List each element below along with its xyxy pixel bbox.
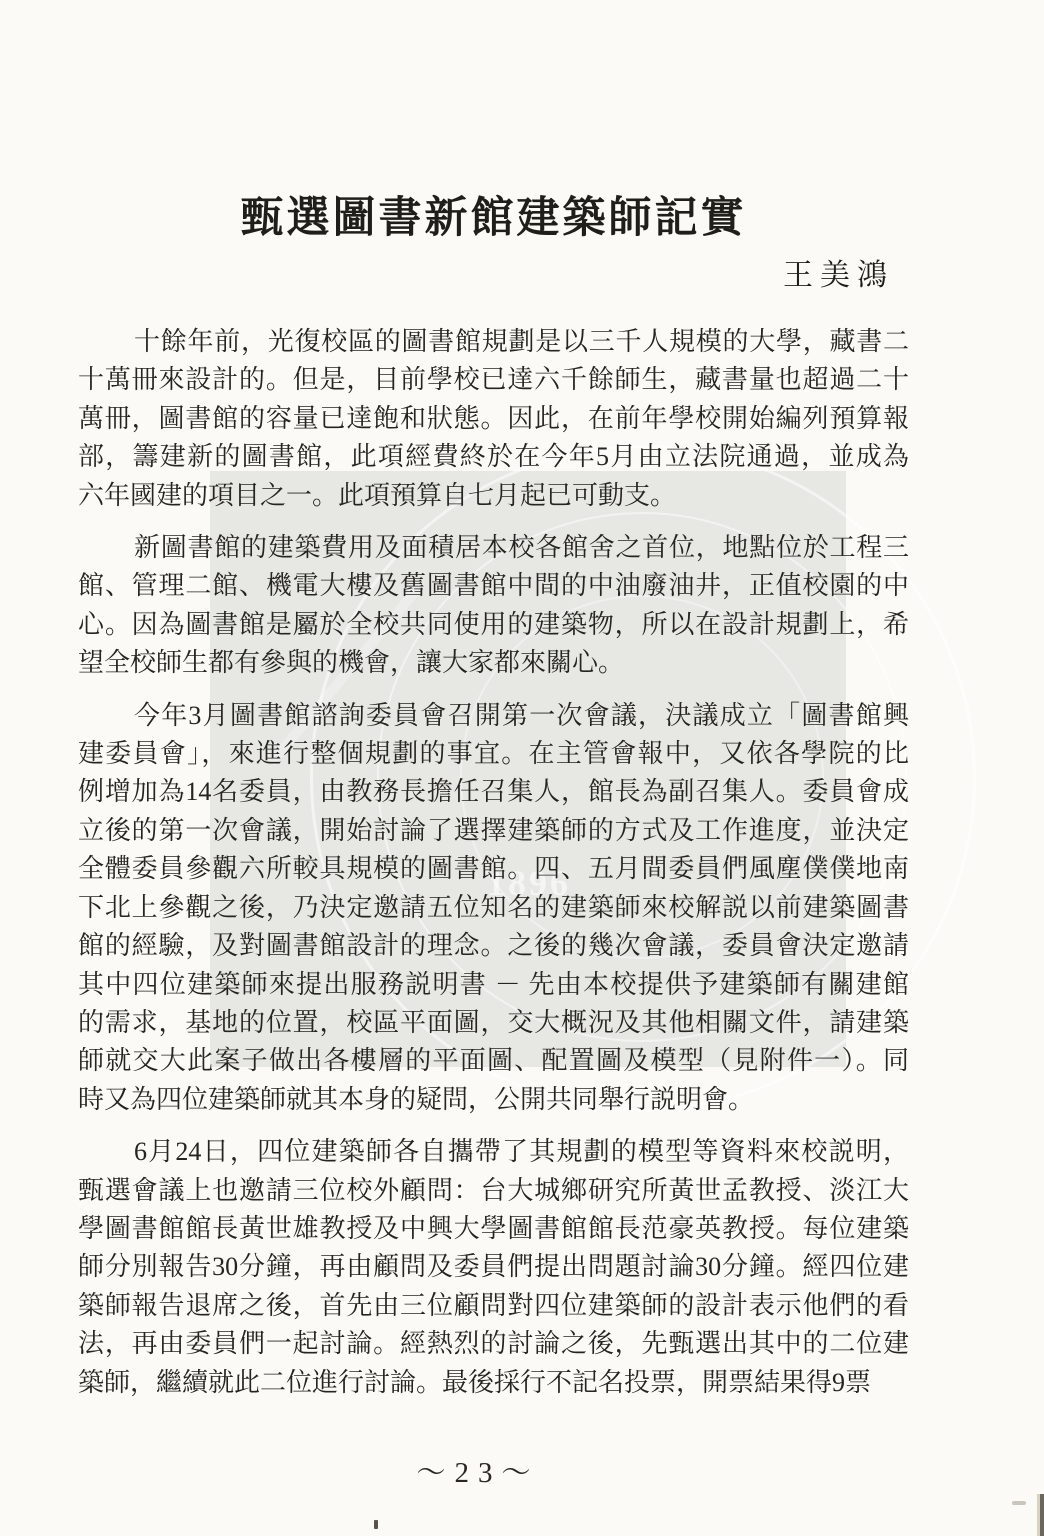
- text-line: 築師報告退席之後，首先由三位顧問對四位建築師的設計表示他們的看: [78, 1287, 909, 1325]
- text-line: 新圖書館的建築費用及面積居本校各館舍之首位，地點位於工程三: [78, 529, 909, 567]
- text-line: 師分別報告30分鐘，再由顧問及委員們提出問題討論30分鐘。經四位建: [78, 1248, 909, 1286]
- text-line: 學圖書館館長黃世雄教授及中興大學圖書館館長范豪英教授。每位建築: [78, 1210, 909, 1248]
- text-line: 築師，繼續就此二位進行討論。最後採行不記名投票，開票結果得9票: [78, 1364, 909, 1402]
- text-line: 甄選會議上也邀請三位校外顧問：台大城鄉研究所黃世孟教授、淡江大: [78, 1172, 909, 1210]
- text-line: 館的經驗，及對圖書館設計的理念。之後的幾次會議，委員會決定邀請: [78, 927, 909, 965]
- document-body: 十餘年前，光復校區的圖書館規劃是以三千人規模的大學，藏書二十萬冊來設計的。但是，…: [78, 323, 909, 1416]
- text-line: 下北上參觀之後，乃決定邀請五位知名的建築師來校解説以前建築圖書: [78, 889, 909, 927]
- text-line: 萬冊，圖書館的容量已達飽和狀態。因此，在前年學校開始編列預算報: [78, 400, 909, 438]
- text-line: 時又為四位建築師就其本身的疑問，公開共同舉行説明會。: [78, 1081, 909, 1119]
- paragraph: 6月24日，四位建築師各自攜帶了其規劃的模型等資料來校説明，甄選會議上也邀請三位…: [78, 1133, 909, 1402]
- text-line: 全體委員參觀六所較具規模的圖書館。四、五月間委員們風塵僕僕地南: [78, 850, 909, 888]
- scan-edge-artifact: [1040, 1494, 1044, 1536]
- text-line: 十餘年前，光復校區的圖書館規劃是以三千人規模的大學，藏書二: [78, 323, 909, 361]
- text-line: 6月24日，四位建築師各自攜帶了其規劃的模型等資料來校説明，: [78, 1133, 909, 1171]
- text-line: 十萬冊來設計的。但是，目前學校已達六千餘師生，藏書量也超過二十: [78, 361, 909, 399]
- text-line: 部，籌建新的圖書館，此項經費終於在今年5月由立法院通過，並成為: [78, 438, 909, 476]
- text-line: 法，再由委員們一起討論。經熱烈的討論之後，先甄選出其中的二位建: [78, 1325, 909, 1363]
- text-line: 望全校師生都有參與的機會，讓大家都來關心。: [78, 644, 909, 682]
- paragraph: 新圖書館的建築費用及面積居本校各館舍之首位，地點位於工程三館、管理二館、機電大樓…: [78, 529, 909, 683]
- page-number: ～23～: [368, 1450, 588, 1491]
- paragraph: 十餘年前，光復校區的圖書館規劃是以三千人規模的大學，藏書二十萬冊來設計的。但是，…: [78, 323, 909, 515]
- text-line: 館、管理二館、機電大樓及舊圖書館中間的中油廢油井，正值校園的中: [78, 567, 909, 605]
- text-line: 六年國建的項目之一。此項預算自七月起已可動支。: [78, 477, 909, 515]
- text-line: 師就交大此案子做出各樓層的平面圖、配置圖及模型（見附件一）。同: [78, 1042, 909, 1080]
- text-line: 例增加為14名委員，由教務長擔任召集人，館長為副召集人。委員會成: [78, 773, 909, 811]
- text-line: 其中四位建築師來提出服務説明書 － 先由本校提供予建築師有關建館: [78, 966, 909, 1004]
- scan-speck: [1012, 1501, 1026, 1505]
- text-line: 的需求，基地的位置，校區平面圖，交大概況及其他相關文件，請建築: [78, 1004, 909, 1042]
- text-line: 心。因為圖書館是屬於全校共同使用的建築物，所以在設計規劃上，希: [78, 606, 909, 644]
- document-author: 王美鴻: [783, 250, 894, 294]
- document-title: 甄選圖書新館建築師記實: [78, 184, 909, 245]
- scan-speck: [374, 1520, 378, 1529]
- text-line: 今年3月圖書館諮詢委員會召開第一次會議，決議成立「圖書館興: [78, 697, 909, 735]
- paragraph: 今年3月圖書館諮詢委員會召開第一次會議，決議成立「圖書館興建委員會」，來進行整個…: [78, 697, 909, 1119]
- scanned-document-page: 1896 甄選圖書新館建築師記實 王美鴻 十餘年前，光復校區的圖書館規劃是以三千…: [0, 0, 1044, 1536]
- text-line: 建委員會」，來進行整個規劃的事宜。在主管會報中，又依各學院的比: [78, 735, 909, 773]
- text-line: 立後的第一次會議，開始討論了選擇建築師的方式及工作進度，並決定: [78, 812, 909, 850]
